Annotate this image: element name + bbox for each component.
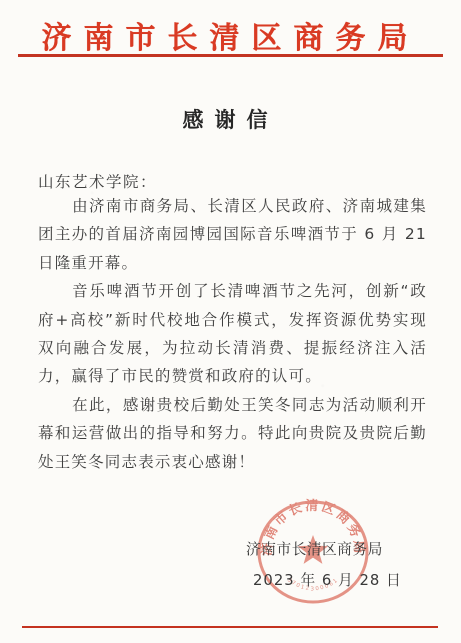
salutation: 山东艺术学院： bbox=[38, 170, 157, 192]
letterhead-divider-line bbox=[18, 54, 443, 57]
letter-body: 由济南市商务局、长清区人民政府、济南城建集团主办的首届济南园博园国际音乐啤酒节于… bbox=[38, 192, 427, 476]
letter-title: 感谢信 bbox=[0, 104, 461, 134]
paragraph-thanks: 在此，感谢贵校后勤处王笑冬同志为活动顺利开幕和运营做出的指导和努力。特此向贵院及… bbox=[38, 391, 427, 476]
scanned-letter-page: 济南市长清区商务局 感谢信 山东艺术学院： 由济南市商务局、长清区人民政府、济南… bbox=[0, 0, 461, 643]
signature-date: 2023 年 6 月 28 日 bbox=[253, 569, 402, 590]
paragraph-achievements: 音乐啤酒节开创了长清啤酒节之先河，创新“政府+高校”新时代校地合作模式，发挥资源… bbox=[38, 277, 427, 391]
footer-divider-line bbox=[22, 626, 438, 628]
signature-agency: 济南市长清区商务局 bbox=[246, 538, 383, 559]
agency-letterhead-title: 济南市长清区商务局 bbox=[0, 13, 461, 57]
paragraph-opening: 由济南市商务局、长清区人民政府、济南城建集团主办的首届济南园博园国际音乐啤酒节于… bbox=[38, 192, 427, 277]
